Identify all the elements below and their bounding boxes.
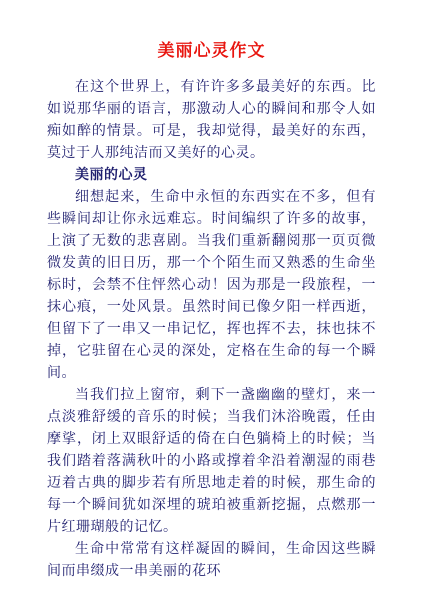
essay-body: 在这个世界上，有许许多多最美好的东西。比如说那华丽的语言，那激动人心的瞬间和那令… bbox=[47, 77, 376, 583]
document-page: 美丽心灵作文 在这个世界上，有许许多多最美好的东西。比如说那华丽的语言，那激动人… bbox=[0, 0, 423, 600]
section-subheading: 美丽的心灵 bbox=[47, 165, 376, 187]
essay-paragraph: 细想起来，生命中永恒的东西实在不多，但有些瞬间却让你永远难忘。时间编织了许多的故… bbox=[47, 187, 376, 385]
essay-paragraph: 当我们拉上窗帘，剩下一盏幽幽的壁灯，来一点淡雅舒缓的音乐的时候；当我们沐浴晚霞，… bbox=[47, 385, 376, 539]
essay-paragraph: 在这个世界上，有许许多多最美好的东西。比如说那华丽的语言，那激动人心的瞬间和那令… bbox=[47, 77, 376, 165]
page-title: 美丽心灵作文 bbox=[47, 40, 376, 62]
essay-paragraph: 生命中常常有这样凝固的瞬间，生命因这些瞬间而串缀成一串美丽的花环 bbox=[47, 539, 376, 583]
